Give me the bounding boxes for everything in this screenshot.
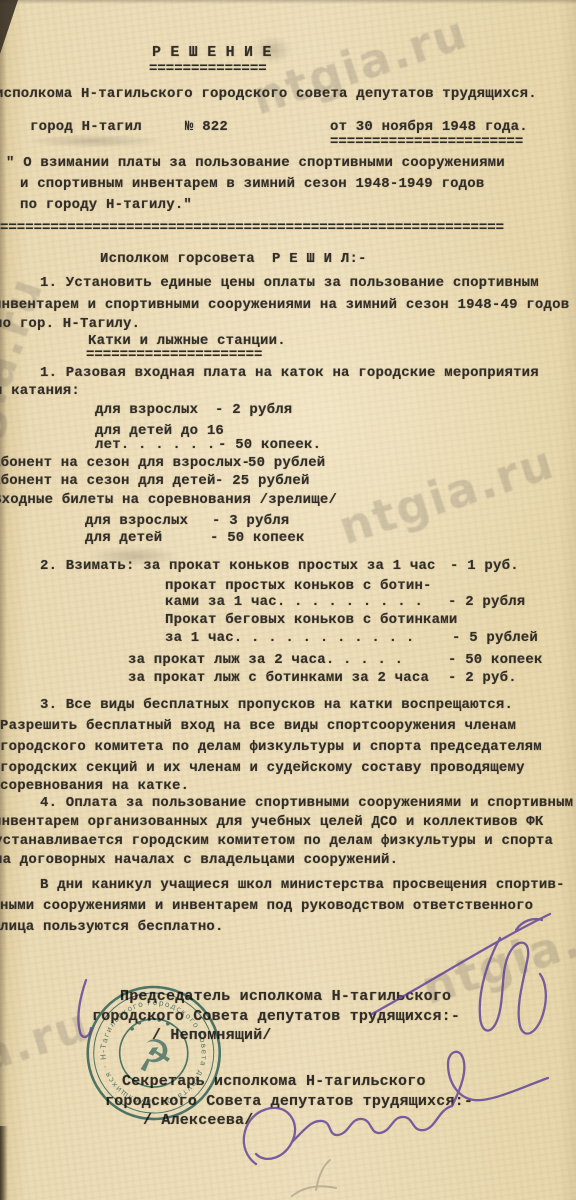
handwritten-ink-layer [0,0,576,1200]
ink-tick-mark [78,980,91,1037]
pencil-mark [292,1160,336,1196]
chairman-signature-ink [372,914,550,1034]
scanned-document-page: ntgia.ru ntgia.ru ntgia.ru ntgia.ru ntgi… [0,0,576,1200]
secretary-signature-ink [244,1052,548,1164]
